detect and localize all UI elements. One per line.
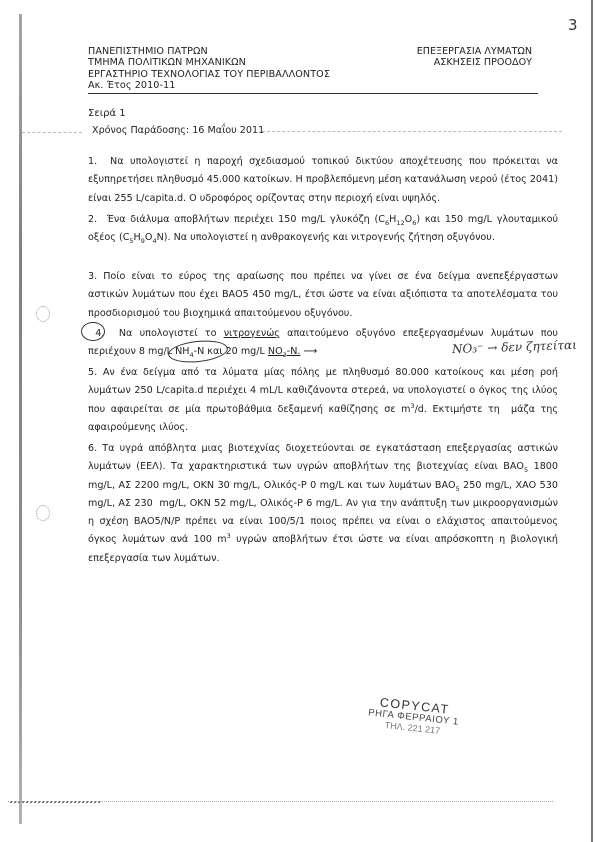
question-3: 3. Ποίο είναι το εύρος της αραίωσης που … [88, 268, 558, 323]
lab-name: ΕΡΓΑΣΤΗΡΙΟ ΤΕΧΝΟΛΟΓΙΑΣ ΤΟΥ ΠΕΡΙΒΑΛΛΟΝΤΟΣ [88, 69, 330, 80]
question-1: 1. Να υπολογιστεί η παροχή σχεδιασμού το… [88, 153, 558, 208]
header-course: ΕΠΕΞΕΡΓΑΣΙΑ ΛΥΜΑΤΩΝ ΑΣΚΗΣΕΙΣ ΠΡΟΟΔΟΥ [382, 46, 532, 69]
question-5: 5. Αν ένα δείγμα από τα λύματα μίας πόλη… [88, 364, 558, 437]
academic-year: Ακ. Έτος 2010-11 [88, 80, 330, 91]
copyshop-stamp: COPYCAT ΡΗΓΑ ΦΕΡΡΑΙΟΥ 1 ΤΗΛ. 221 217 [367, 696, 461, 738]
page-number: 3 [568, 16, 578, 34]
header-rule [88, 93, 538, 94]
punch-hole-icon [36, 306, 50, 322]
series-title: Σειρά 1 [88, 108, 126, 119]
department-name: ΤΜΗΜΑ ΠΟΛΙΤΙΚΩΝ ΜΗΧΑΝΙΚΩΝ [88, 57, 330, 68]
scan-edge-left [19, 14, 22, 824]
header-institution: ΠΑΝΕΠΙΣΤΗΜΙΟ ΠΑΤΡΩΝ ΤΜΗΜΑ ΠΟΛΙΤΙΚΩΝ ΜΗΧΑ… [88, 46, 330, 92]
course-name: ΕΠΕΞΕΡΓΑΣΙΑ ΛΥΜΑΤΩΝ [382, 46, 532, 57]
scan-artifact [22, 132, 82, 133]
handwritten-note: NO₃⁻ → δεν ζητείται [452, 338, 577, 356]
scan-edge-right [591, 0, 593, 842]
deadline: Χρόνος Παράδοσης: 16 Μαΐου 2011 [92, 125, 264, 136]
question-6: 6. Τα υγρά απόβλητα μιας βιοτεχνίας διοχ… [88, 440, 558, 568]
scan-artifact [262, 131, 562, 132]
assignment-type: ΑΣΚΗΣΕΙΣ ΠΡΟΟΔΟΥ [382, 57, 532, 68]
university-name: ΠΑΝΕΠΙΣΤΗΜΙΟ ΠΑΤΡΩΝ [88, 46, 330, 57]
handwritten-circle [81, 322, 105, 341]
question-2: 2. Ένα διάλυμα αποβλήτων περιέχει 150 mg… [88, 211, 558, 248]
scan-artifact [8, 801, 553, 802]
punch-hole-icon [36, 505, 50, 521]
